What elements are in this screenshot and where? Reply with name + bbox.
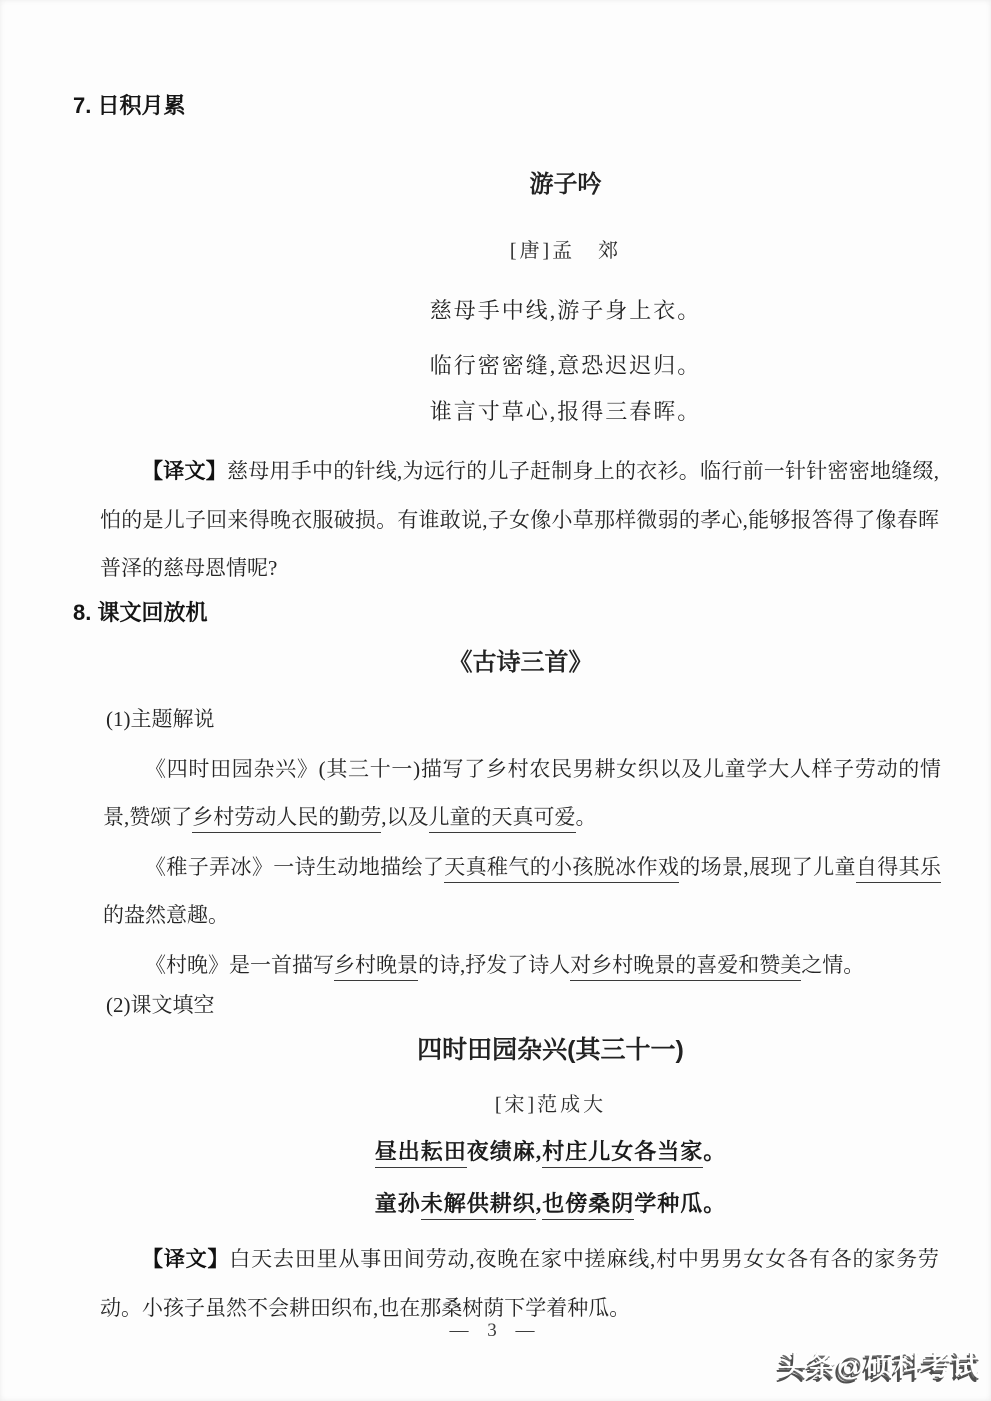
plain-text: ,以及 — [381, 805, 428, 829]
section8-heading: 8. 课文回放机 — [73, 600, 991, 626]
poem2-line: 昼出耘田夜绩麻,村庄儿女各当家。 — [0, 1137, 991, 1167]
plain-text: 学种瓜。 — [634, 1191, 726, 1216]
poem2-author: [宋]范成大 — [0, 1092, 991, 1118]
poem2-line: 童孙未解供耕织,也傍桑阴学种瓜。 — [0, 1189, 991, 1219]
underlined-text: 天真稚气的小孩脱冰作戏 — [444, 855, 679, 883]
plain-text: 夜绩麻, — [467, 1139, 543, 1164]
poem1-line: 谁言寸草心,报得三春晖。 — [0, 398, 991, 426]
underlined-text: 对乡村晚景的喜爱和赞美 — [570, 953, 801, 981]
plain-text: 《村晚》是一首描写 — [145, 953, 334, 977]
theme-paragraph-2: 《稚子弄冰》一诗生动地描绘了天真稚气的小孩脱冰作戏的场景,展现了儿童自得其乐的盎… — [103, 843, 941, 939]
theme-paragraph-1: 《四时田园杂兴》(其三十一)描写了乡村农民男耕女织以及儿童学大人样子劳动的情景,… — [103, 745, 941, 841]
poem2-translation: 【译文】白天去田里从事田间劳动,夜晚在家中搓麻线,村中男男女女各有各的家务劳动。… — [100, 1235, 939, 1332]
plain-text: 。 — [703, 1139, 726, 1164]
poem1-line: 临行密密缝,意恐迟迟归。 — [0, 352, 991, 380]
poem1-translation: 【译文】慈母用手中的针线,为远行的儿子赶制身上的衣衫。临行前一针针密密地缝缀,怕… — [100, 447, 939, 592]
underlined-text: 也傍桑阴 — [542, 1191, 634, 1220]
poem1-author: [唐]孟 郊 — [0, 238, 991, 264]
subsection-label-2: (2)课文填空 — [106, 992, 991, 1018]
watermark: 头条@硕科考试 — [779, 1344, 981, 1384]
plain-text: 《稚子弄冰》一诗生动地描绘了 — [145, 855, 444, 879]
underlined-text: 村庄儿女各当家 — [542, 1139, 703, 1168]
translation-label: 【译文】 — [142, 1248, 229, 1271]
subsection-label-1: (1)主题解说 — [106, 706, 991, 732]
poem1-title: 游子吟 — [0, 170, 991, 200]
poem1-line: 慈母手中线,游子身上衣。 — [0, 297, 991, 325]
page-number: — 3 — — [0, 1320, 991, 1342]
theme-paragraph-3: 《村晚》是一首描写乡村晚景的诗,抒发了诗人对乡村晚景的喜爱和赞美之情。 — [103, 941, 941, 989]
plain-text: 的场景,展现了儿童 — [679, 855, 856, 879]
underlined-text: 儿童的天真可爱 — [429, 805, 576, 833]
translation-label: 【译文】 — [142, 460, 227, 483]
plain-text: 。 — [576, 805, 597, 829]
underlined-text: 未解供耕织 — [421, 1191, 536, 1220]
poem2-title: 四时田园杂兴(其三十一) — [0, 1035, 991, 1065]
plain-text: 的盎然意趣。 — [103, 903, 229, 927]
plain-text: 之情。 — [801, 953, 864, 977]
underlined-text: 昼出耘田 — [375, 1139, 467, 1168]
plain-text: 童孙 — [375, 1191, 421, 1216]
underlined-text: 自得其乐 — [856, 855, 941, 883]
document-page: 7. 日积月累 游子吟 [唐]孟 郊 慈母手中线,游子身上衣。 临行密密缝,意恐… — [0, 0, 991, 1401]
lesson-subtitle: 《古诗三首》 — [0, 648, 991, 678]
underlined-text: 乡村晚景 — [334, 953, 418, 981]
underlined-text: 乡村劳动人民的勤劳 — [192, 805, 381, 833]
plain-text: 的诗,抒发了诗人 — [418, 953, 570, 977]
section7-heading: 7. 日积月累 — [73, 0, 991, 119]
